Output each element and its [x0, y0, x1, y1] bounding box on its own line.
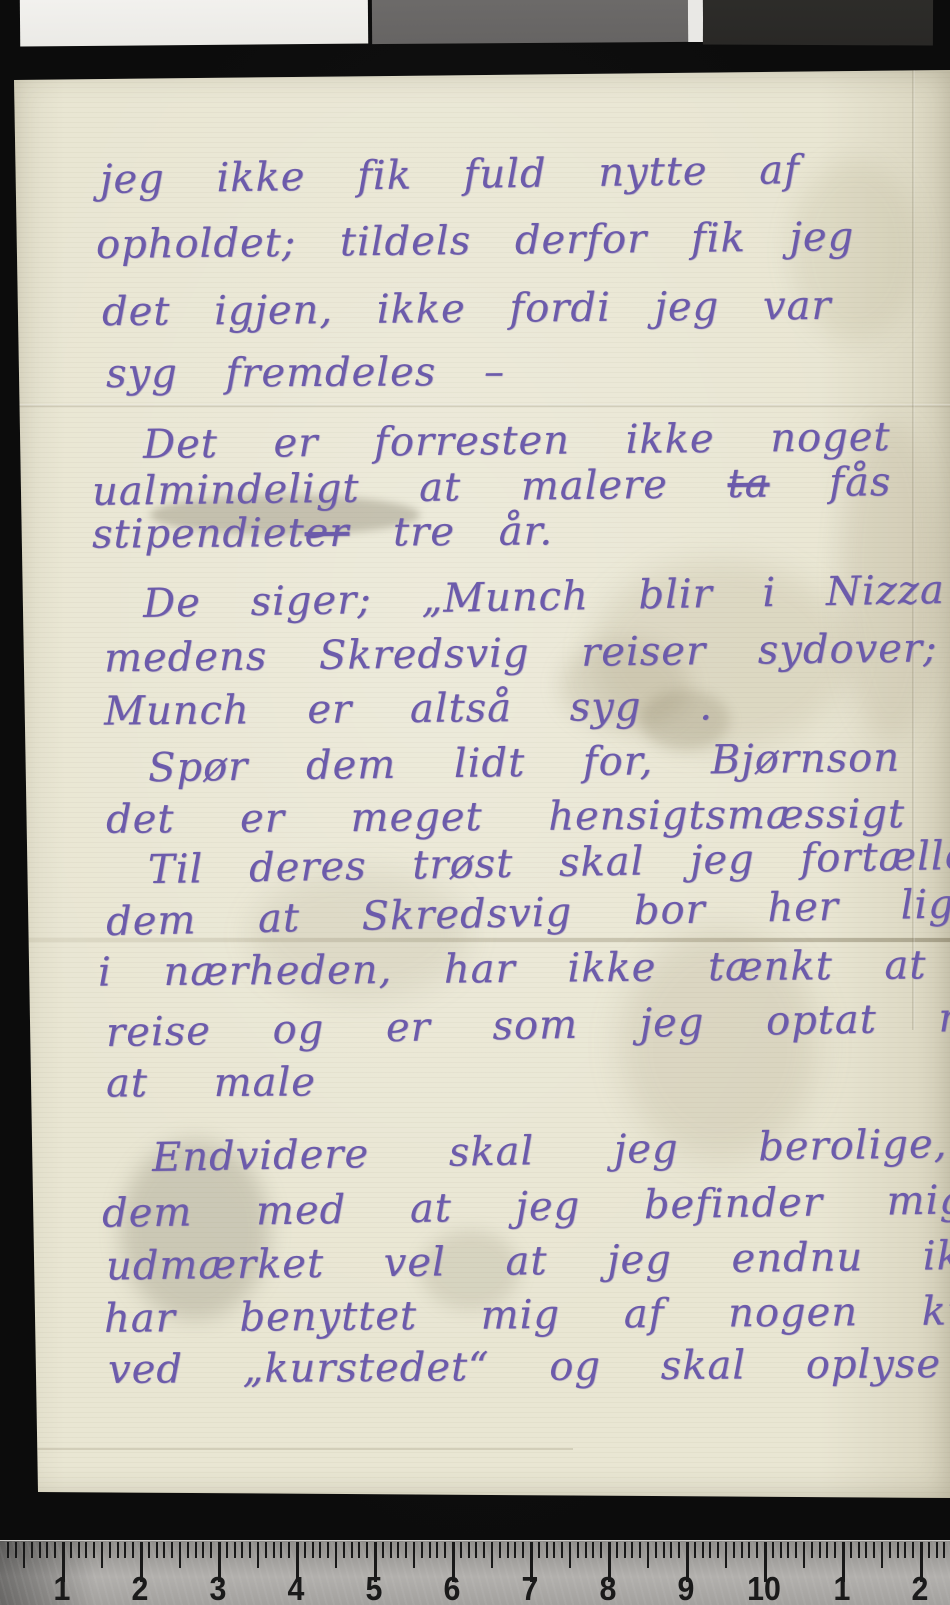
- ruler-tick-mm: [616, 1542, 618, 1558]
- ruler-tick-mm: [327, 1542, 329, 1558]
- ruler-number: 2: [912, 1570, 929, 1605]
- ruler-tick-mm: [553, 1542, 555, 1558]
- ruler-tick-mm: [748, 1542, 750, 1558]
- ruler-tick-mm: [148, 1542, 150, 1558]
- ruler-tick-mm: [304, 1542, 306, 1558]
- paper-stain: [150, 495, 420, 535]
- ruler-tick-mm: [499, 1542, 501, 1558]
- ruler-number: 2: [132, 1570, 149, 1605]
- ruler-number: 1: [834, 1570, 851, 1605]
- calibration-patch-dark: [703, 0, 933, 46]
- ruler-tick-mm: [780, 1542, 782, 1558]
- ruler-number: 8: [600, 1570, 617, 1605]
- ruler-tick-mm: [694, 1542, 696, 1558]
- ruler-tick-mm: [709, 1542, 711, 1558]
- ruler-tick-mm: [858, 1542, 860, 1558]
- ruler-tick-mm: [187, 1542, 189, 1558]
- ruler-tick-mm: [897, 1542, 899, 1558]
- ruler-tick-mm: [592, 1542, 594, 1558]
- ruler-tick-half: [803, 1542, 805, 1568]
- ruler-tick-mm: [156, 1542, 158, 1558]
- ruler-tick-mm: [483, 1542, 485, 1558]
- ruler-tick-mm: [226, 1542, 228, 1558]
- paper-stain: [250, 870, 470, 1000]
- ruler-tick-mm: [717, 1542, 719, 1558]
- ruler-tick-mm: [234, 1542, 236, 1558]
- fold-crease-horizontal: [8, 938, 950, 942]
- ruler-tick-mm: [343, 1542, 345, 1558]
- ruler-tick-mm: [772, 1542, 774, 1558]
- fold-crease-horizontal: [8, 1448, 573, 1450]
- ruler-tick-half: [647, 1542, 649, 1568]
- ruler-tick-mm: [811, 1542, 813, 1558]
- ruler-tick-half: [491, 1542, 493, 1568]
- ruler-tick-mm: [865, 1542, 867, 1558]
- ruler-tick-mm: [39, 1542, 41, 1558]
- ruler-tick-mm: [54, 1542, 56, 1558]
- ruler-tick-mm: [624, 1542, 626, 1558]
- ruler-tick-mm: [280, 1542, 282, 1558]
- ruler-tick-half: [413, 1542, 415, 1568]
- ruler-tick-mm: [514, 1542, 516, 1558]
- ruler-tick-mm: [312, 1542, 314, 1558]
- ruler-tick-mm: [826, 1542, 828, 1558]
- ruler-tick-mm: [756, 1542, 758, 1558]
- ruler-tick-mm: [928, 1542, 930, 1558]
- ruler-tick-mm: [241, 1542, 243, 1558]
- ruler-tick-mm: [117, 1542, 119, 1558]
- ruler-tick-half: [569, 1542, 571, 1568]
- ruler-tick-mm: [124, 1542, 126, 1558]
- ruler-tick-mm: [382, 1542, 384, 1558]
- ruler-tick-mm: [397, 1542, 399, 1558]
- ruler-tick-mm: [70, 1542, 72, 1558]
- ruler-tick-mm: [436, 1542, 438, 1558]
- ruler-number: 3: [210, 1570, 227, 1605]
- ruler-tick-mm: [873, 1542, 875, 1558]
- ruler-tick-mm: [358, 1542, 360, 1558]
- ruler-tick-mm: [15, 1542, 17, 1558]
- ruler-tick-mm: [132, 1542, 134, 1558]
- ruler-tick-half: [101, 1542, 103, 1568]
- ruler-tick-mm: [366, 1542, 368, 1558]
- ruler-tick-mm: [31, 1542, 33, 1558]
- ruler-tick-mm: [78, 1542, 80, 1558]
- ruler-tick-mm: [421, 1542, 423, 1558]
- ruler-tick-half: [179, 1542, 181, 1568]
- ruler-tick-mm: [460, 1542, 462, 1558]
- ruler-tick-mm: [546, 1542, 548, 1558]
- ruler-tick-mm: [678, 1542, 680, 1558]
- ruler-tick-mm: [733, 1542, 735, 1558]
- ruler-tick-mm: [561, 1542, 563, 1558]
- ruler-number: 6: [444, 1570, 461, 1605]
- ruler-tick-mm: [889, 1542, 891, 1558]
- ruler-tick-half: [257, 1542, 259, 1568]
- ruler-tick-mm: [663, 1542, 665, 1558]
- ruler-number: 4: [288, 1570, 305, 1605]
- scanned-letter-document: jeg ikke fik fuld nytte afopholdet; tild…: [0, 0, 950, 1605]
- letter-page: [8, 70, 950, 1498]
- ruler-tick-mm: [195, 1542, 197, 1558]
- ruler-tick-mm: [577, 1542, 579, 1558]
- ruler-tick-mm: [600, 1542, 602, 1558]
- ruler-tick-mm: [288, 1542, 290, 1558]
- paper-stain: [420, 1230, 520, 1310]
- ruler-tick-mm: [319, 1542, 321, 1558]
- ruler-tick-mm: [273, 1542, 275, 1558]
- ruler-tick-mm: [787, 1542, 789, 1558]
- ruler-tick-mm: [522, 1542, 524, 1558]
- paper-stain: [640, 690, 730, 750]
- ruler-tick-mm: [468, 1542, 470, 1558]
- ruler-tick-half: [725, 1542, 727, 1568]
- calibration-patch-edge: [688, 0, 703, 42]
- fold-crease-horizontal: [8, 404, 950, 407]
- paper-stain: [840, 420, 940, 740]
- calibration-patch-white: [20, 0, 368, 47]
- ruler-tick-mm: [702, 1542, 704, 1558]
- ruler-tick-mm: [834, 1542, 836, 1558]
- ruler-tick-half: [23, 1542, 25, 1568]
- ruler-tick-mm: [93, 1542, 95, 1558]
- ruler-tick-mm: [351, 1542, 353, 1558]
- ruler-tick-mm: [507, 1542, 509, 1558]
- ruler-tick-mm: [444, 1542, 446, 1558]
- ruler-tick-mm: [163, 1542, 165, 1558]
- ruler-tick-mm: [795, 1542, 797, 1558]
- ruler-tick-half: [335, 1542, 337, 1568]
- ruler-tick-mm: [538, 1542, 540, 1558]
- ruler-tick-mm: [670, 1542, 672, 1558]
- ruler-number: 1: [54, 1570, 71, 1605]
- ruler-tick-mm: [202, 1542, 204, 1558]
- ruler-tick-mm: [7, 1542, 9, 1558]
- ruler-number: 10: [747, 1570, 781, 1605]
- ruler: 1234567891012: [0, 1540, 950, 1605]
- ruler-tick-mm: [405, 1542, 407, 1558]
- ruler-tick-mm: [631, 1542, 633, 1558]
- calibration-patch-gray: [372, 0, 688, 44]
- ruler-tick-mm: [390, 1542, 392, 1558]
- ruler-tick-mm: [109, 1542, 111, 1558]
- ruler-tick-mm: [85, 1542, 87, 1558]
- paper-stain: [120, 1140, 270, 1320]
- ruler-number: 7: [522, 1570, 539, 1605]
- paper-stain: [790, 160, 920, 340]
- ruler-number: 5: [366, 1570, 383, 1605]
- ruler-tick-half: [881, 1542, 883, 1568]
- ruler-tick-mm: [585, 1542, 587, 1558]
- ruler-tick-mm: [904, 1542, 906, 1558]
- ruler-tick-mm: [655, 1542, 657, 1558]
- ruler-number: 9: [678, 1570, 695, 1605]
- ruler-tick-mm: [171, 1542, 173, 1558]
- ruler-tick-mm: [943, 1542, 945, 1558]
- ruler-tick-mm: [639, 1542, 641, 1558]
- ruler-tick-mm: [46, 1542, 48, 1558]
- ruler-tick-mm: [249, 1542, 251, 1558]
- ruler-tick-mm: [475, 1542, 477, 1558]
- paper-stain: [620, 930, 820, 1160]
- ruler-tick-mm: [265, 1542, 267, 1558]
- ruler-tick-mm: [819, 1542, 821, 1558]
- ruler-tick-mm: [741, 1542, 743, 1558]
- ruler-tick-mm: [210, 1542, 212, 1558]
- ruler-tick-mm: [429, 1542, 431, 1558]
- ruler-tick-mm: [912, 1542, 914, 1558]
- ruler-tick-mm: [936, 1542, 938, 1558]
- ruler-tick-mm: [850, 1542, 852, 1558]
